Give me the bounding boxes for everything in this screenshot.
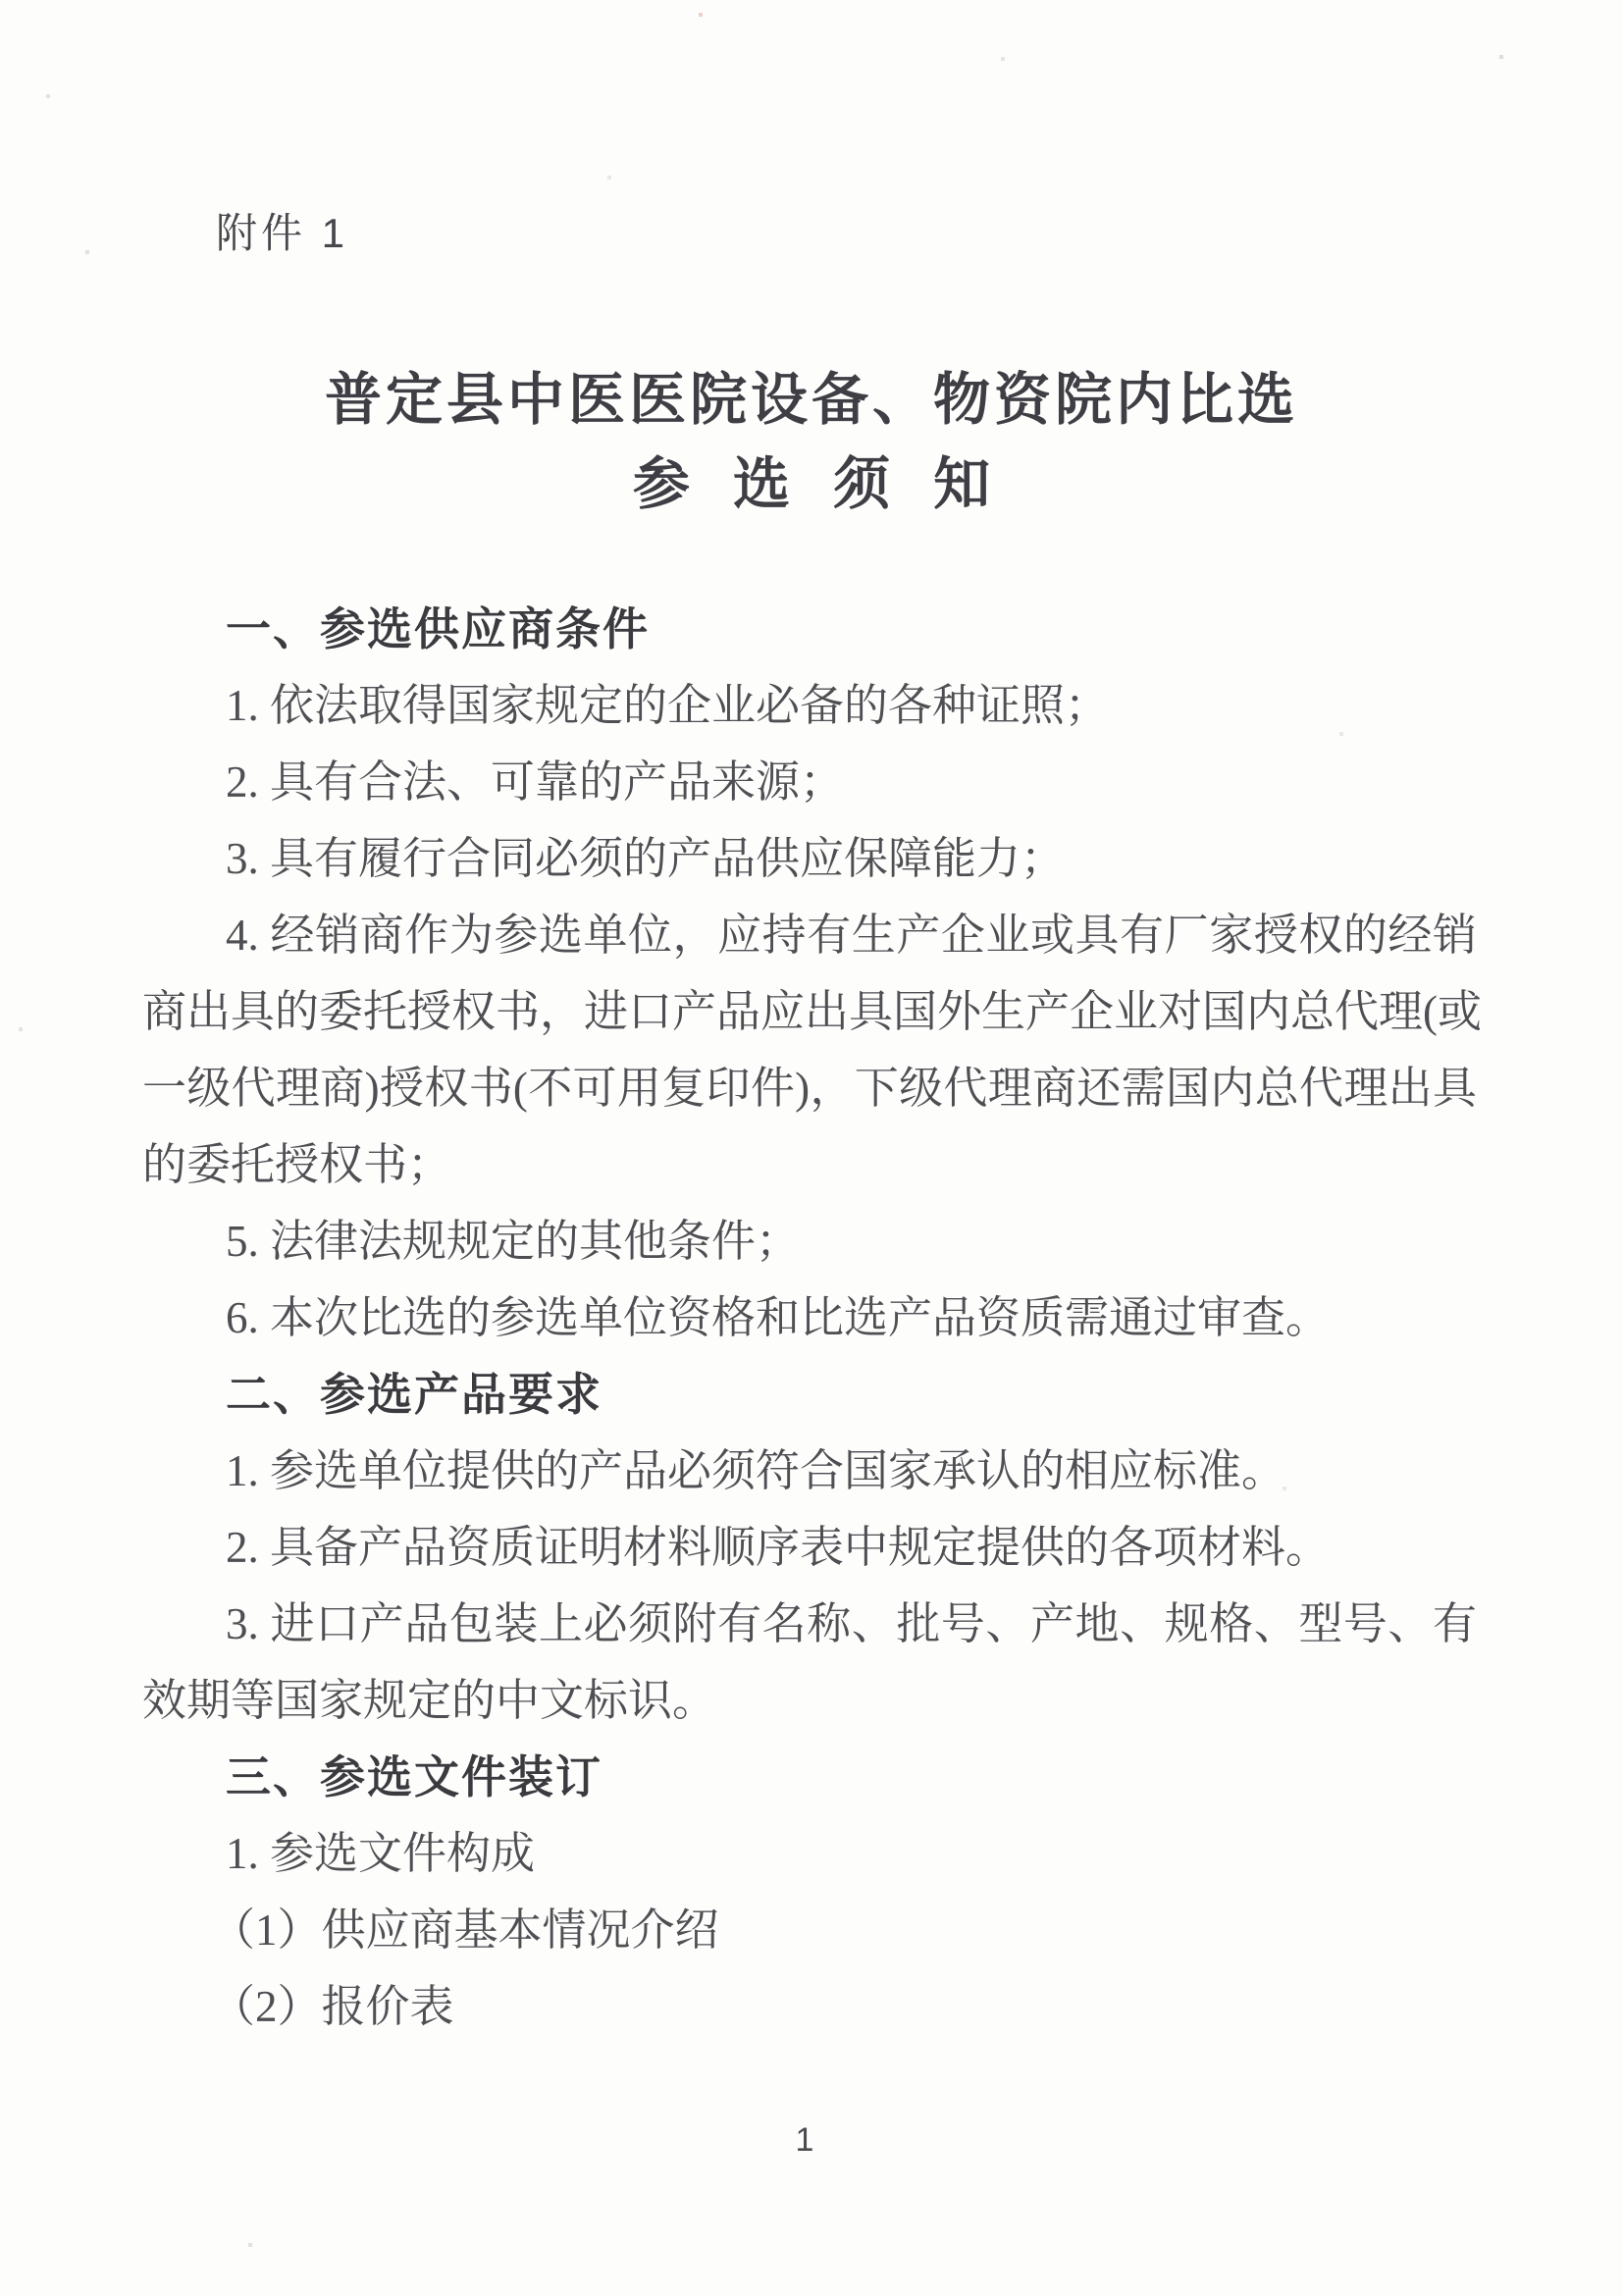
doc-line: 4. 经销商作为参选单位，应持有生产企业或具有厂家授权的经销 <box>142 897 1477 973</box>
document-body: 一、参选供应商条件 1. 依法取得国家规定的企业必备的各种证照； 2. 具有合法… <box>142 591 1477 2045</box>
doc-line: 的委托授权书； <box>142 1126 1477 1203</box>
doc-line: 6. 本次比选的参选单位资格和比选产品资质需通过审查。 <box>142 1279 1477 1356</box>
doc-line: 商出具的委托授权书，进口产品应出具国外生产企业对国内总代理(或 <box>142 973 1477 1050</box>
doc-line: 1. 参选单位提供的产品必须符合国家承认的相应标准。 <box>142 1433 1477 1509</box>
page-number: 1 <box>0 2121 1609 2160</box>
doc-line: 一级代理商)授权书(不可用复印件)，下级代理商还需国内总代理出具 <box>142 1050 1477 1126</box>
doc-line: 2. 具备产品资质证明材料顺序表中规定提供的各项材料。 <box>142 1509 1477 1586</box>
doc-line: 5. 法律法规规定的其他条件； <box>142 1203 1477 1279</box>
doc-line: 3. 进口产品包装上必须附有名称、批号、产地、规格、型号、有 <box>142 1586 1477 1662</box>
doc-line: 1. 参选文件构成 <box>142 1815 1477 1892</box>
section-heading-2: 二、参选产品要求 <box>142 1356 1477 1433</box>
doc-line: 效期等国家规定的中文标识。 <box>142 1662 1477 1739</box>
doc-line: （2）报价表 <box>142 1968 1477 2045</box>
document-title-line2: 参 选 须 知 <box>0 438 1623 520</box>
scanned-document-page: 附件 1 普定县中医医院设备、物资院内比选 参 选 须 知 一、参选供应商条件 … <box>0 0 1623 2296</box>
section-heading-3: 三、参选文件装订 <box>142 1739 1477 1815</box>
doc-line: （1）供应商基本情况介绍 <box>142 1892 1477 1968</box>
section-heading-1: 一、参选供应商条件 <box>142 591 1477 667</box>
doc-line: 1. 依法取得国家规定的企业必备的各种证照； <box>142 667 1477 744</box>
doc-line: 2. 具有合法、可靠的产品来源； <box>142 744 1477 820</box>
scan-noise-specks <box>0 0 2 2</box>
attachment-label: 附件 1 <box>216 210 348 257</box>
doc-line: 3. 具有履行合同必须的产品供应保障能力； <box>142 820 1477 897</box>
document-title-line1: 普定县中医医院设备、物资院内比选 <box>0 353 1623 436</box>
